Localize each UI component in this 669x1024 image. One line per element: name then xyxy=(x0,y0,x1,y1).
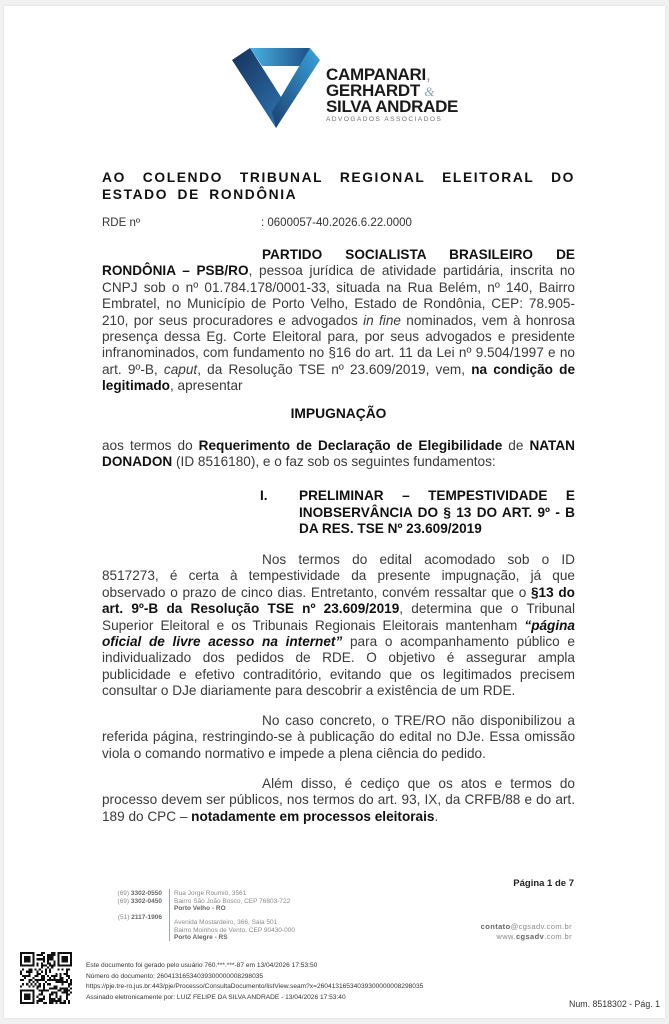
pje-stamp: Este documento foi gerado pelo usuário 7… xyxy=(86,961,423,1003)
office-phones: (69) 3302-0550 (69) 3302-0450 (51) 2117-… xyxy=(102,890,162,922)
logo-line-3: SILVA ANDRADE xyxy=(326,98,458,114)
rde-number: : 0600057-40.2026.6.22.0000 xyxy=(261,217,412,229)
qr-code-icon[interactable] xyxy=(20,952,72,1004)
paragraph-caso-concreto: No caso concreto, o TRE/RO não disponibi… xyxy=(102,713,575,762)
document-page: CAMPANARI, GERHARDT & SILVA ANDRADE ADVO… xyxy=(4,6,665,1018)
logo-subtitle: ADVOGADOS ASSOCIADOS xyxy=(326,117,458,124)
footer-divider xyxy=(169,889,170,941)
document-url[interactable]: https://pje.tre-ro.jus.br:443/pje/Proces… xyxy=(86,982,423,993)
email-link[interactable]: contato@cgsadv.com.br xyxy=(444,922,572,932)
contact-info: contato@cgsadv.com.br www.cgsadv.com.br xyxy=(444,922,572,942)
addressee-heading: AO COLENDO TRIBUNAL REGIONAL ELEITORAL D… xyxy=(102,170,575,203)
signed-by: Assinado eletronicamente por: LUIZ FELIP… xyxy=(86,993,423,1004)
section-title: PRELIMINAR – TEMPESTIVIDADE E INOBSERVÂN… xyxy=(299,488,575,538)
document-number: Número do documento: 2604131653403930000… xyxy=(86,972,423,983)
paragraph-publicidade: Além disso, é cediço que os atos e termo… xyxy=(102,776,575,825)
firm-logo-text: CAMPANARI, GERHARDT & SILVA ANDRADE ADVO… xyxy=(326,66,458,124)
office-addresses: Rua Jorge Roumiö, 3561 Bairro São João B… xyxy=(174,890,295,942)
purpose-paragraph: aos termos do Requerimento de Declaração… xyxy=(102,438,575,471)
page-indicator: Página 1 de 7 xyxy=(474,878,574,889)
section-number: I. xyxy=(260,488,268,503)
generated-by: Este documento foi gerado pelo usuário 7… xyxy=(86,961,423,972)
paragraph-tempestividade: Nos termos do edital acomodado sob o ID … xyxy=(102,552,575,700)
firm-logo-triangle-icon xyxy=(230,46,322,130)
rde-label: RDE nº xyxy=(102,217,140,229)
intro-paragraph: PARTIDO SOCIALISTA BRASILEIRO DE RONDÔNI… xyxy=(102,247,575,395)
document-title: IMPUGNAÇÃO xyxy=(4,406,669,421)
website-link[interactable]: www.cgsadv.com.br xyxy=(444,932,572,942)
document-page-number: Num. 8518302 - Pág. 1 xyxy=(514,999,660,1009)
